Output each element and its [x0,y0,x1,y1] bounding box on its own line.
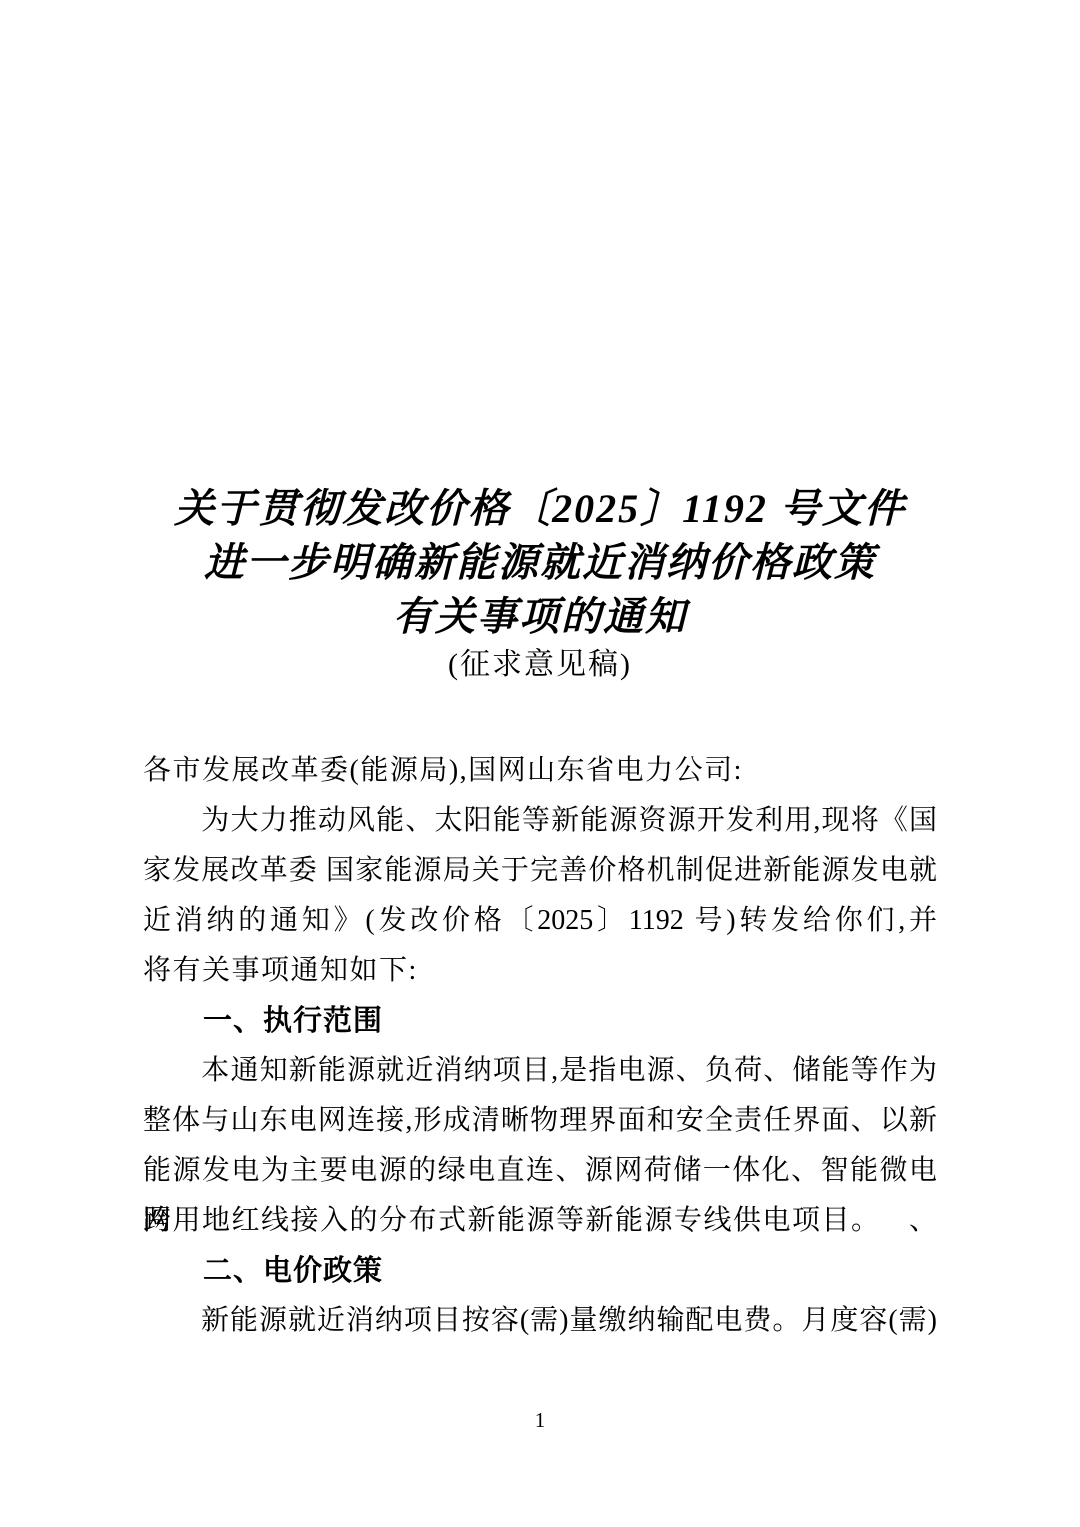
body-line: 为大力推动风能、太阳能等新能源资源开发利用,现将《国 [143,796,937,846]
document-body: 各市发展改革委(能源局),国网山东省电力公司: 为大力推动风能、太阳能等新能源资… [143,746,937,1346]
body-line: 将有关事项通知如下: [143,946,937,996]
body-line: 能源发电为主要电源的绿电直连、源网荷储一体化、智能微电网、 [143,1146,937,1196]
page-footer: 1 [0,1405,1080,1435]
document-title: 关于贯彻发改价格〔2025〕1192 号文件进一步明确新能源就近消纳价格政策有关… [143,482,937,644]
body-line: 新能源就近消纳项目按容(需)量缴纳输配电费。月度容(需) [143,1296,937,1346]
document-title-line: 进一步明确新能源就近消纳价格政策 [143,536,937,590]
body-line: 跨用地红线接入的分布式新能源等新能源专线供电项目。 [143,1196,937,1246]
document-title-line: 关于贯彻发改价格〔2025〕1192 号文件 [143,482,937,536]
document-title-line: 有关事项的通知 [143,590,937,644]
document-subtitle: (征求意见稿) [143,645,937,685]
body-line: 整体与山东电网连接,形成清晰物理界面和安全责任界面、以新 [143,1096,937,1146]
section-heading: 二、电价政策 [143,1246,937,1296]
page-number: 1 [535,1408,546,1432]
body-line: 家发展改革委 国家能源局关于完善价格机制促进新能源发电就 [143,846,937,896]
document-page: 关于贯彻发改价格〔2025〕1192 号文件进一步明确新能源就近消纳价格政策有关… [0,0,1080,1527]
body-line: 各市发展改革委(能源局),国网山东省电力公司: [143,746,937,796]
section-heading: 一、执行范围 [143,996,937,1046]
body-line: 近消纳的通知》(发改价格〔2025〕1192 号)转发给你们,并 [143,896,937,946]
body-line: 本通知新能源就近消纳项目,是指电源、负荷、储能等作为 [143,1046,937,1096]
